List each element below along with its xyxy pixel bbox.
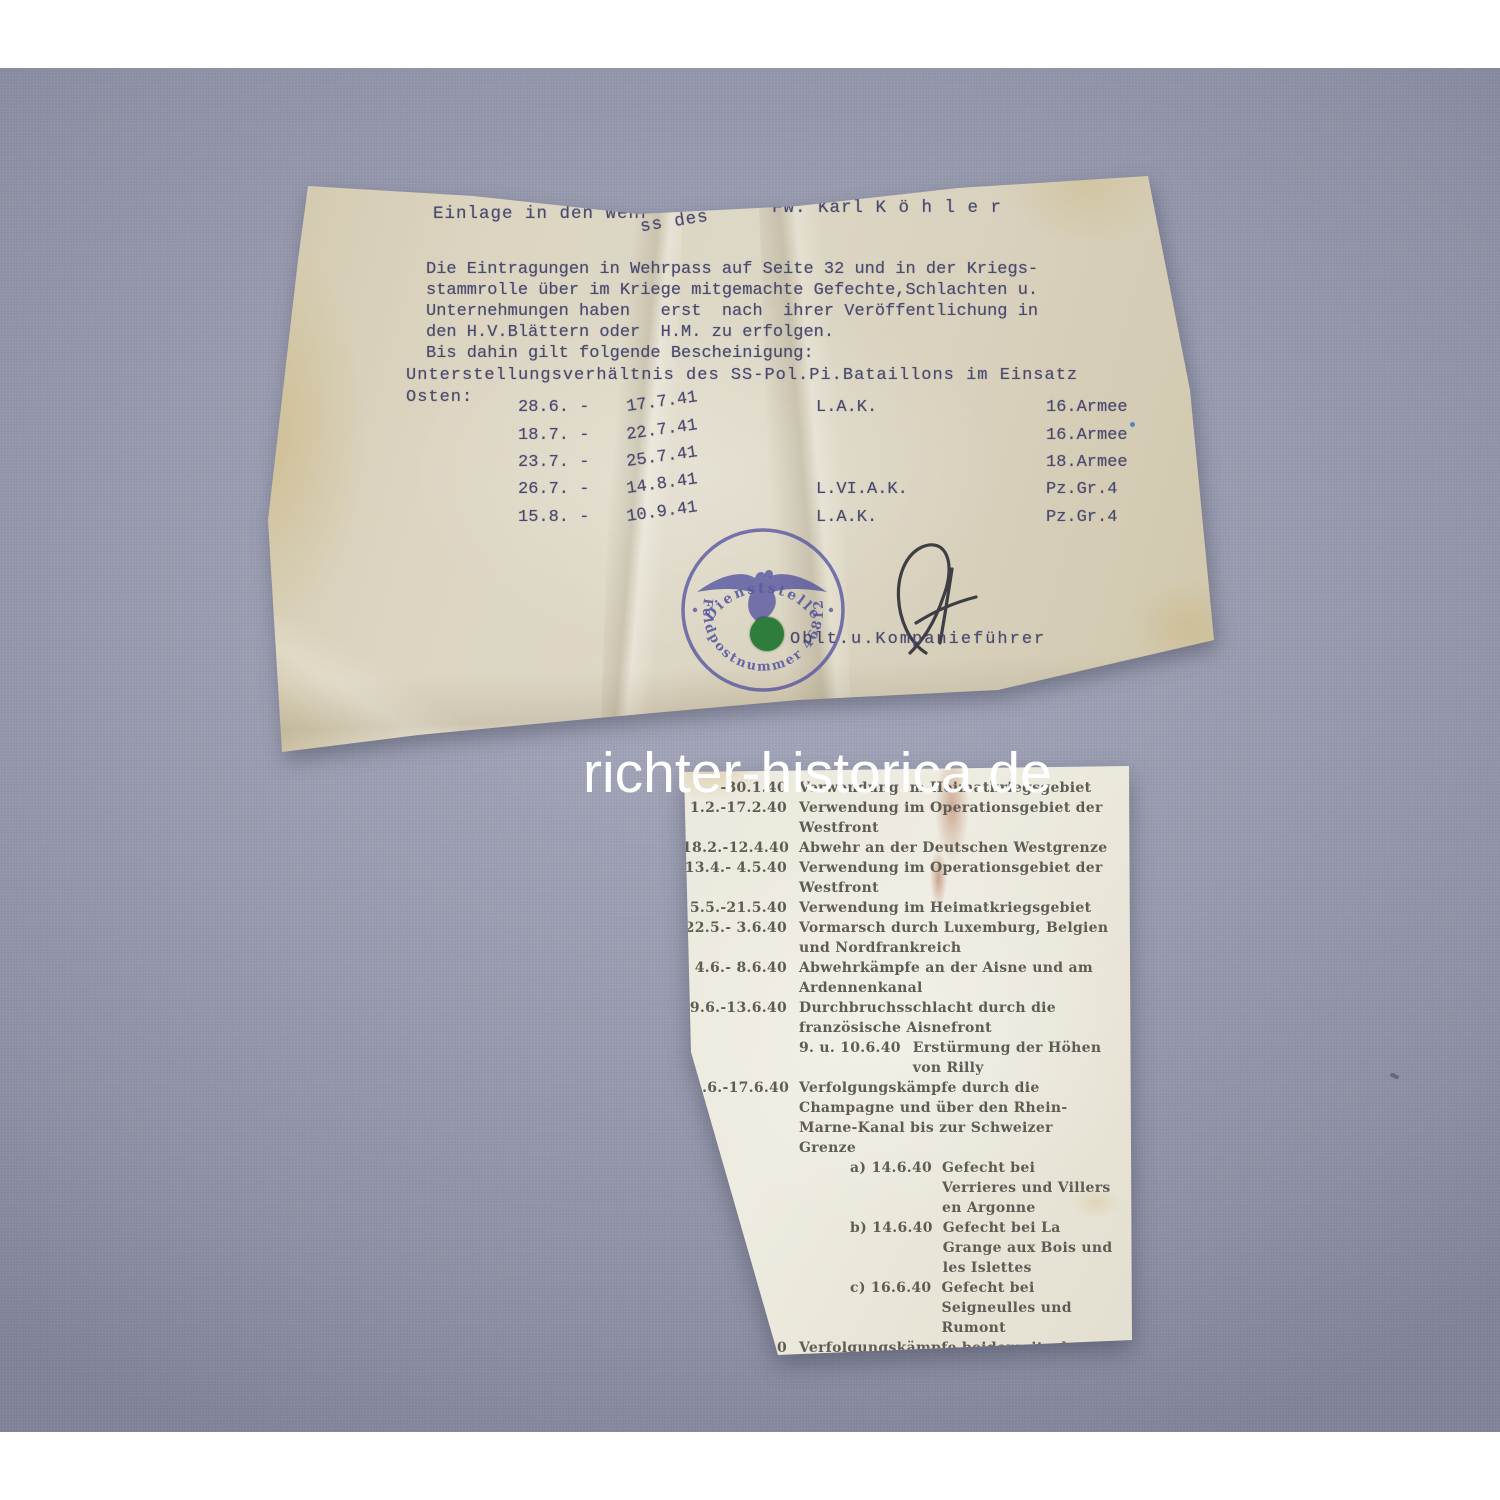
subordination-heading: Unterstellungsverhältnis des SS-Pol.Pi.B…: [406, 366, 1078, 385]
note-paper: Einlage in den Wehr ss des Fw. Karl K ö …: [268, 166, 1218, 758]
army-unit: 16.Armee: [1046, 398, 1128, 417]
card-subentry: b) 14.6.40 Gefecht bei La Grange aux Boi…: [682, 1218, 1122, 1278]
note-paragraph-line: Unternehmungen haben erst nach ihrer Ver…: [426, 302, 1038, 323]
entry-text: Verfolgungskämpfe durch die Champagne un…: [787, 1078, 1122, 1158]
entry-text: Abwehrkämpfe an der Aisne und am Ardenne…: [787, 958, 1122, 998]
note-paragraph-line: den H.V.Blättern oder H.M. zu erfolgen.: [426, 323, 834, 344]
product-photo: Einlage in den Wehr ss des Fw. Karl K ö …: [0, 0, 1500, 1500]
corner-fold: [268, 616, 458, 758]
deployment-row: 28.6. - 17.7.41 L.A.K. 16.Armee: [268, 398, 1218, 424]
subentry-label: b) 14.6.40: [850, 1218, 933, 1278]
card-entry: 4.6.- 8.6.40 Abwehrkämpfe an der Aisne u…: [682, 958, 1122, 998]
wehrpass-insert-note: Einlage in den Wehr ss des Fw. Karl K ö …: [268, 166, 1218, 758]
note-paragraph-line: stammrolle über im Kriege mitgemachte Ge…: [426, 281, 1038, 302]
card-subentry: a) 14.6.40 Gefecht bei Verrieres und Vil…: [682, 1158, 1122, 1218]
entry-date: 14.6.-17.6.40: [682, 1078, 787, 1158]
ink-dot: [1130, 422, 1135, 427]
corps: L.A.K.: [816, 398, 877, 417]
entry-text: Erstürmung der Höhen von Rilly: [901, 1038, 1122, 1078]
period-start: 26.7. -: [518, 480, 589, 499]
deployment-row: 23.7. - 25.7.41 18.Armee: [268, 453, 1218, 479]
card-entry: 18.2.-12.4.40 Abwehr an der Deutschen We…: [682, 838, 1122, 858]
subentry-label: a) 14.6.40: [850, 1158, 932, 1218]
card-entry: 9.6.-13.6.40 Durchbruchsschlacht durch d…: [682, 998, 1122, 1038]
signature-caption: Oblt.u.Kompanieführer: [790, 630, 1046, 649]
card-entry: 13.4.- 4.5.40 Verwendung im Operationsge…: [682, 858, 1122, 898]
note-title-name: Fw. Karl K ö h l e r: [772, 198, 1002, 218]
entry-date: 22.5.- 3.6.40: [682, 918, 787, 958]
card-entry: 9. u. 10.6.40 Erstürmung der Höhen von R…: [682, 1038, 1122, 1078]
entry-date: 5.5.-21.5.40: [682, 898, 787, 918]
corps: L.VI.A.K.: [816, 480, 908, 499]
watermark-text: richter-historica.de: [583, 740, 1052, 806]
entry-text: Verwendung im Operationsgebiet der Westf…: [787, 858, 1122, 898]
card-entry: 22.5.- 3.6.40 Vormarsch durch Luxemburg,…: [682, 918, 1122, 958]
censor-dot: [750, 617, 784, 651]
entry-text: Gefecht bei La Grange aux Bois und les I…: [933, 1218, 1122, 1278]
entry-text: Gefecht bei Verrieres und Villers en Arg…: [932, 1158, 1122, 1218]
letterbox-top: [0, 0, 1500, 68]
letterbox-bottom: [0, 1432, 1500, 1500]
campaign-record-card: -30.1.40 Verwendung im Heimatkriegsgebie…: [682, 766, 1132, 1356]
entry-date: 18.2.-12.4.40: [682, 838, 787, 858]
note-paragraph-line: Bis dahin gilt folgende Bescheinigung:: [426, 344, 814, 365]
period-start: 15.8. -: [518, 508, 589, 527]
entry-text: Durchbruchsschlacht durch die französisc…: [787, 998, 1122, 1038]
period-start: 28.6. -: [518, 398, 589, 417]
period-end: 17.7.41: [625, 388, 698, 417]
entry-date: 9. u. 10.6.40: [799, 1038, 901, 1078]
deployment-row: 18.7. - 22.7.41 16.Armee: [268, 426, 1218, 452]
card-entry: 5.5.-21.5.40 Verwendung im Heimatkriegsg…: [682, 898, 1122, 918]
entry-text: Verwendung im Heimatkriegsgebiet: [787, 898, 1122, 918]
army-unit: Pz.Gr.4: [1046, 480, 1117, 499]
army-unit: Pz.Gr.4: [1046, 508, 1117, 527]
entry-text: Vormarsch durch Luxemburg, Belgien und N…: [787, 918, 1122, 958]
note-title-left: Einlage in den Wehr: [433, 204, 652, 224]
entry-text: Gefecht bei Seigneulles und Rumont: [931, 1278, 1122, 1338]
period-start: 23.7. -: [518, 453, 589, 472]
entry-text: Abwehr an der Deutschen Westgrenze: [787, 838, 1122, 858]
card-subentry: c) 16.6.40 Gefecht bei Seigneulles und R…: [682, 1278, 1122, 1338]
card-entry: 14.6.-17.6.40 Verfolgungskämpfe durch di…: [682, 1078, 1122, 1158]
feldpost-stamp: Dienststelle Feldpostnummer 46812: [675, 522, 851, 698]
army-unit: 16.Armee: [1046, 426, 1128, 445]
entry-date: 4.6.- 8.6.40: [682, 958, 787, 998]
entry-date: 13.4.- 4.5.40: [682, 858, 787, 898]
army-unit: 18.Armee: [1046, 453, 1128, 472]
entry-date: 9.6.-13.6.40: [682, 998, 787, 1038]
subentry-label: c) 16.6.40: [850, 1278, 931, 1338]
card-paper: -30.1.40 Verwendung im Heimatkriegsgebie…: [682, 766, 1132, 1356]
note-title-mid: ss des: [639, 207, 710, 238]
note-paragraph-line: Die Eintragungen in Wehrpass auf Seite 3…: [426, 260, 1038, 281]
card-entries: -30.1.40 Verwendung im Heimatkriegsgebie…: [682, 778, 1122, 1419]
period-start: 18.7. -: [518, 426, 589, 445]
deployment-row: 26.7. - 14.8.41 L.VI.A.K. Pz.Gr.4: [268, 480, 1218, 506]
